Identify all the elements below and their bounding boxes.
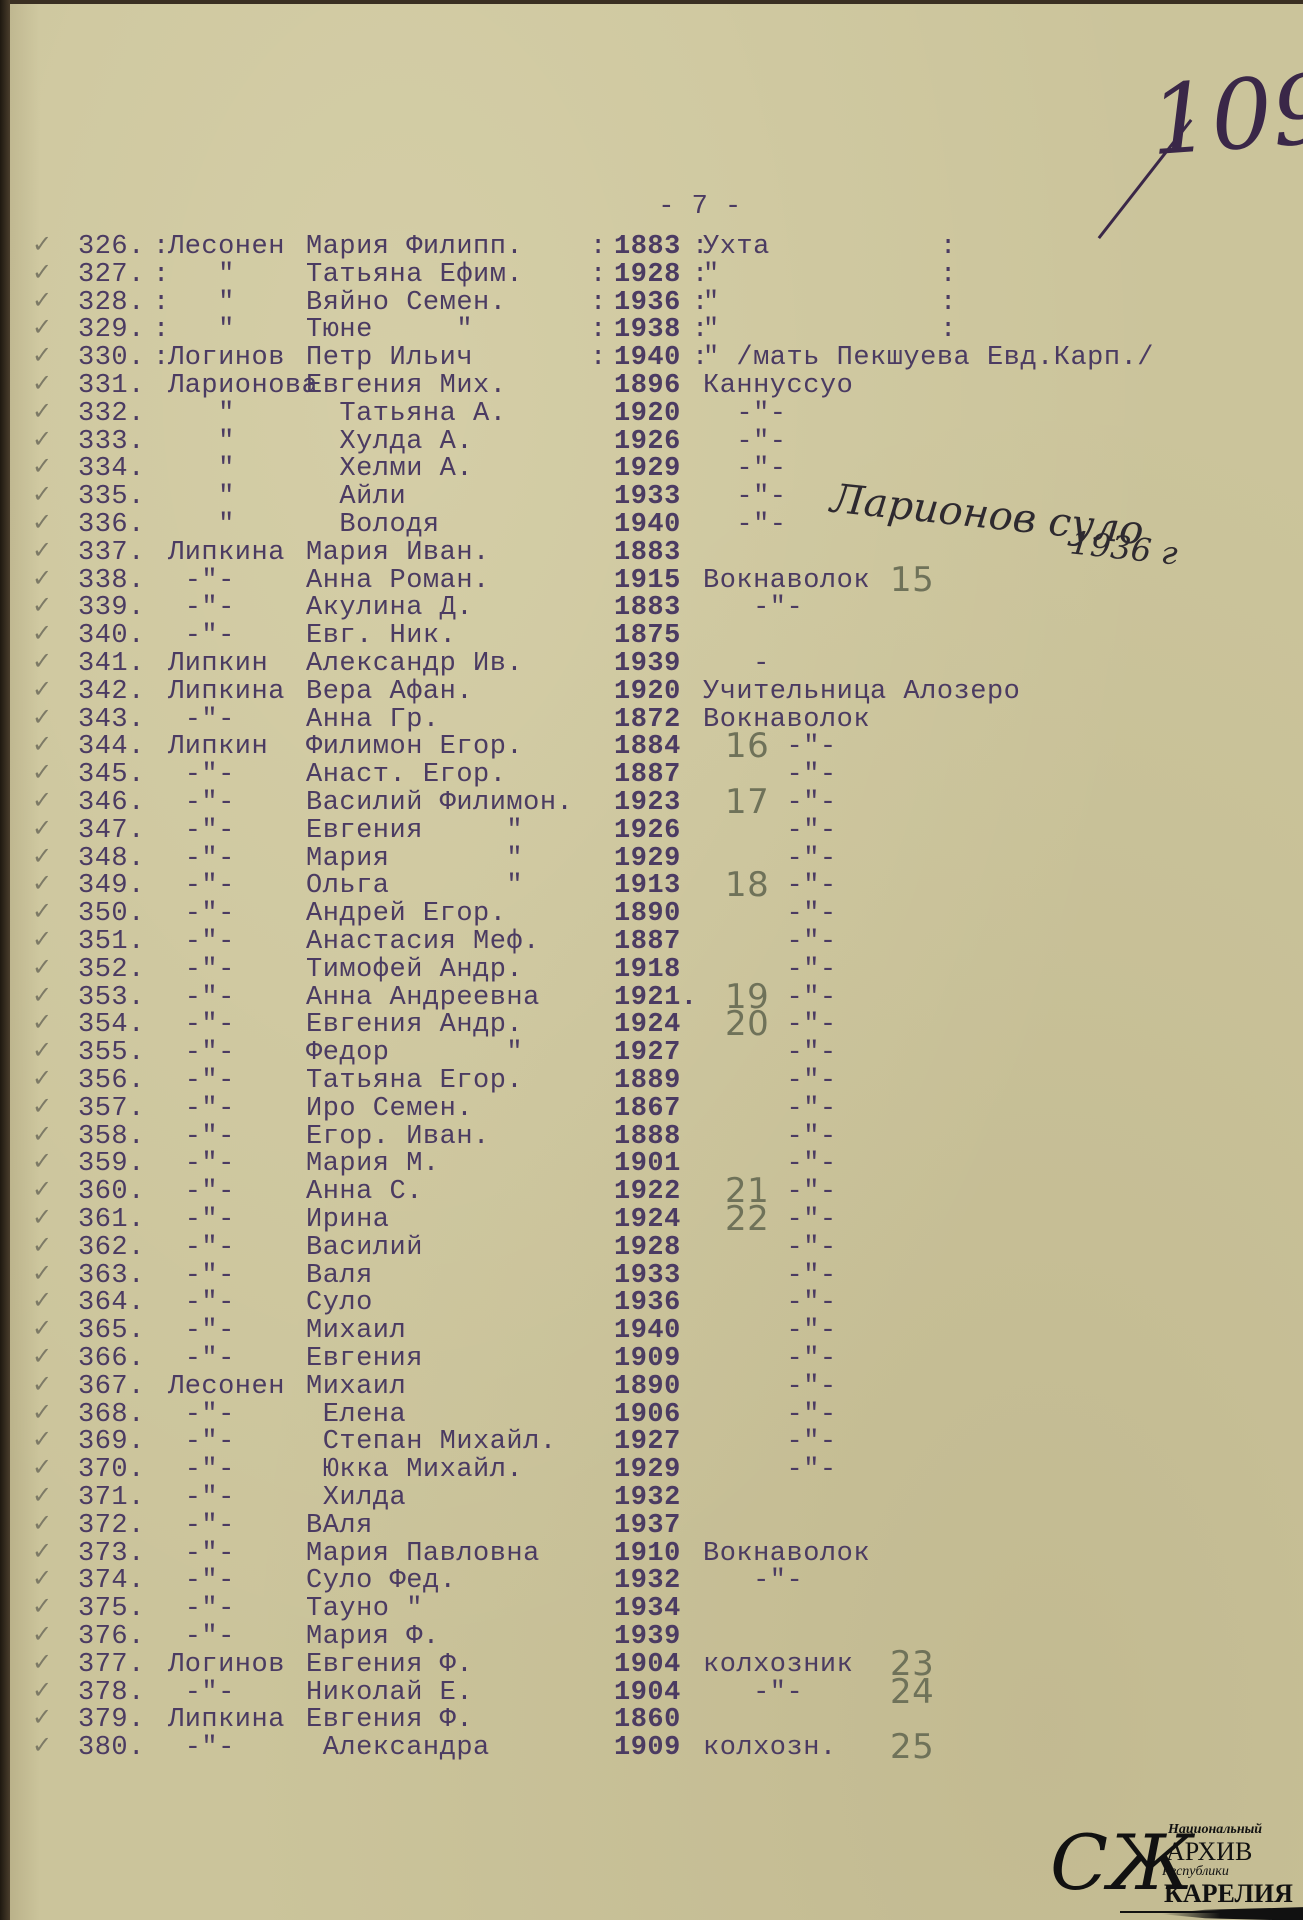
- checkmark-icon: ✓: [32, 1453, 53, 1481]
- place-or-occupation: -"-: [703, 1678, 803, 1708]
- checkmark-icon: ✓: [32, 1370, 53, 1398]
- place-or-occupation: -"-: [703, 899, 837, 929]
- entry-number: 339.: [78, 593, 145, 623]
- table-row: ✓368. -"- Елена1906 -"-: [10, 1400, 1303, 1428]
- entry-number: 370.: [78, 1455, 145, 1485]
- given-name: Елена: [306, 1400, 406, 1430]
- birth-year: 1940: [614, 510, 681, 540]
- entry-number: 364.: [78, 1288, 145, 1318]
- entry-number: 359.: [78, 1149, 145, 1179]
- given-name: Хелми А.: [306, 454, 473, 484]
- entry-number: 361.: [78, 1205, 145, 1235]
- checkmark-icon: ✓: [32, 230, 53, 258]
- page-binding-edge: [0, 0, 10, 1920]
- place-or-occupation: -"-: [703, 482, 787, 512]
- birth-year: 1887: [614, 927, 681, 957]
- entry-number: 347.: [78, 816, 145, 846]
- place-or-occupation: -"-: [703, 927, 837, 957]
- checkmark-icon: ✓: [32, 647, 53, 675]
- checkmark-icon: ✓: [32, 564, 53, 592]
- table-row: ✓370. -"- Юкка Михайл.1929 -"-: [10, 1455, 1303, 1483]
- given-name: Ольга ": [306, 871, 523, 901]
- checkmark-icon: ✓: [32, 925, 53, 953]
- entry-number: 360.: [78, 1177, 145, 1207]
- birth-year: 1860: [614, 1705, 681, 1735]
- birth-year: 1926: [614, 427, 681, 457]
- place-or-occupation: -"-: [703, 788, 837, 818]
- surname: -"-: [168, 1455, 235, 1485]
- checkmark-icon: ✓: [32, 1342, 53, 1370]
- given-name: Айли: [306, 482, 406, 512]
- surname: -"-: [168, 788, 235, 818]
- table-row: ✓379.ЛипкинаЕвгения Ф.1860: [10, 1705, 1303, 1733]
- column-separator: :: [940, 232, 957, 262]
- given-name: Мария Филипп.: [306, 232, 523, 262]
- checkmark-icon: ✓: [32, 675, 53, 703]
- table-row: ✓342.ЛипкинаВера Афан.1920Учительница Ал…: [10, 677, 1303, 705]
- checkmark-icon: ✓: [32, 1537, 53, 1565]
- surname: -"-: [168, 1233, 235, 1263]
- given-name: Валя: [306, 1261, 373, 1291]
- place-or-occupation: -"-: [703, 1149, 837, 1179]
- place-or-occupation: -"-: [703, 1372, 837, 1402]
- surname: ": [168, 288, 235, 318]
- table-row: ✓341.ЛипкинАлександр Ив.1939 -: [10, 649, 1303, 677]
- given-name: Ирина: [306, 1205, 390, 1235]
- table-row: ✓374. -"-Суло Фед.1932 -"-: [10, 1566, 1303, 1594]
- birth-year: 1929: [614, 1455, 681, 1485]
- birth-year: 1906: [614, 1400, 681, 1430]
- checkmark-icon: ✓: [32, 1314, 53, 1342]
- surname: -"-: [168, 1261, 235, 1291]
- surname: -"-: [168, 899, 235, 929]
- entry-number: 337.: [78, 538, 145, 568]
- surname: -"-: [168, 1316, 235, 1346]
- table-row: ✓326.:ЛесоненМария Филипп.:::1883Ухта: [10, 232, 1303, 260]
- checkmark-icon: ✓: [32, 1398, 53, 1426]
- given-name: Анна Андреевна: [306, 983, 540, 1013]
- birth-year: 1872: [614, 705, 681, 735]
- surname: -"-: [168, 1344, 235, 1374]
- birth-year: 1926: [614, 816, 681, 846]
- entry-number: 345.: [78, 760, 145, 790]
- table-row: ✓335. " Айли1933 -"-: [10, 482, 1303, 510]
- birth-year: 1920: [614, 677, 681, 707]
- given-name: Мария Павловна: [306, 1539, 540, 1569]
- checkmark-icon: ✓: [32, 286, 53, 314]
- birth-year: 1933: [614, 482, 681, 512]
- place-or-occupation: -"-: [703, 454, 787, 484]
- birth-year: 1924: [614, 1205, 681, 1235]
- place-or-occupation: -"-: [703, 1094, 837, 1124]
- entry-number: 354.: [78, 1010, 145, 1040]
- table-row: ✓351. -"-Анастасия Меф.1887 -"-: [10, 927, 1303, 955]
- birth-year: 1867: [614, 1094, 681, 1124]
- table-row: ✓345. -"-Анаст. Егор.1887 -"-: [10, 760, 1303, 788]
- entry-number: 331.: [78, 371, 145, 401]
- given-name: Николай Е.: [306, 1678, 473, 1708]
- place-or-occupation: -"-: [703, 844, 837, 874]
- entry-number: 362.: [78, 1233, 145, 1263]
- birth-year: 1883: [614, 538, 681, 568]
- checkmark-icon: ✓: [32, 1231, 53, 1259]
- checkmark-icon: ✓: [32, 1620, 53, 1648]
- entry-number: 371.: [78, 1483, 145, 1513]
- birth-year: 1904: [614, 1678, 681, 1708]
- given-name: Анна Гр.: [306, 705, 440, 735]
- entry-number: 334.: [78, 454, 145, 484]
- checkmark-icon: ✓: [32, 1259, 53, 1287]
- surname: -"-: [168, 705, 235, 735]
- place-or-occupation: -: [703, 649, 770, 679]
- birth-year: 1932: [614, 1566, 681, 1596]
- table-row: ✓376. -"-Мария Ф.1939: [10, 1622, 1303, 1650]
- surname: -"-: [168, 1288, 235, 1318]
- place-or-occupation: -"-: [703, 510, 787, 540]
- checkmark-icon: ✓: [32, 1425, 53, 1453]
- given-name: Евгения ": [306, 816, 523, 846]
- table-row: ✓372. -"-ВАля1937: [10, 1511, 1303, 1539]
- archival-document-page: - 7 - 109 Ларионов суло 1936 г ✓326.:Лес…: [10, 4, 1303, 1920]
- checkmark-icon: ✓: [32, 1008, 53, 1036]
- given-name: Александр Ив.: [306, 649, 523, 679]
- given-name: Акулина Д.: [306, 593, 473, 623]
- checkmark-icon: ✓: [32, 758, 53, 786]
- surname: -"-: [168, 1010, 235, 1040]
- given-name: Михаил: [306, 1316, 406, 1346]
- table-row: ✓343. -"-Анна Гр.1872Вокнаволок: [10, 705, 1303, 733]
- checkmark-icon: ✓: [32, 341, 53, 369]
- given-name: Татьяна Ефим.: [306, 260, 523, 290]
- table-row: ✓361. -"-Ирина1924 -"-22: [10, 1205, 1303, 1233]
- place-or-occupation: -"-: [703, 1066, 837, 1096]
- birth-year: 1913: [614, 871, 681, 901]
- column-separator: :: [590, 232, 607, 262]
- logo-line-4: КАРЕЛИЯ: [1164, 1881, 1293, 1907]
- entry-number: 333.: [78, 427, 145, 457]
- table-row: ✓378. -"-Николай Е.1904 -"-24: [10, 1678, 1303, 1706]
- given-name: Хулда А.: [306, 427, 473, 457]
- surname: -"-: [168, 871, 235, 901]
- checkmark-icon: ✓: [32, 1120, 53, 1148]
- table-row: ✓340. -"-Евг. Ник.1875: [10, 621, 1303, 649]
- entry-number: 380.: [78, 1733, 145, 1763]
- entry-number: 376.: [78, 1622, 145, 1652]
- checkmark-icon: ✓: [32, 1703, 53, 1731]
- surname: -"-: [168, 566, 235, 596]
- birth-year: 1896: [614, 371, 681, 401]
- table-row: ✓329.: "Тюне ":::1938": [10, 315, 1303, 343]
- birth-year: 1939: [614, 1622, 681, 1652]
- entry-number: 343.: [78, 705, 145, 735]
- table-row: ✓344.ЛипкинФилимон Егор.1884 -"-16: [10, 732, 1303, 760]
- given-name: Евгения: [306, 1344, 423, 1374]
- place-or-occupation: Каннуссуо: [703, 371, 853, 401]
- checkmark-icon: ✓: [32, 1564, 53, 1592]
- entry-number: 344.: [78, 732, 145, 762]
- table-row: ✓336. " Володя1940 -"-: [10, 510, 1303, 538]
- given-name: Мария ": [306, 844, 523, 874]
- given-name: ВАля: [306, 1511, 373, 1541]
- checkmark-icon: ✓: [32, 1286, 53, 1314]
- surname: -"-: [168, 1094, 235, 1124]
- logo-line-2: АРХИВ: [1166, 1839, 1252, 1865]
- table-row: ✓359. -"-Мария М.1901 -"-: [10, 1149, 1303, 1177]
- table-row: ✓330.:ЛогиновПетр Ильич::1940" /мать Пек…: [10, 343, 1303, 371]
- entry-number: 374.: [78, 1566, 145, 1596]
- given-name: Мария Ф.: [306, 1622, 440, 1652]
- given-name: Тауно ": [306, 1594, 423, 1624]
- entry-number: 340.: [78, 621, 145, 651]
- surname: -"-: [168, 844, 235, 874]
- surname: Липкина: [168, 538, 285, 568]
- table-row: ✓338. -"-Анна Роман.1915Вокнаволок15: [10, 566, 1303, 594]
- entry-number: 375.: [78, 1594, 145, 1624]
- entry-number: 330.: [78, 343, 145, 373]
- table-row: ✓357. -"-Иро Семен.1867 -"-: [10, 1094, 1303, 1122]
- surname: ": [168, 510, 235, 540]
- table-row: ✓327.: "Татьяна Ефим.:::1928": [10, 260, 1303, 288]
- entry-number: 366.: [78, 1344, 145, 1374]
- birth-year: 1929: [614, 844, 681, 874]
- table-row: ✓366. -"-Евгения1909 -"-: [10, 1344, 1303, 1372]
- given-name: Михаил: [306, 1372, 406, 1402]
- place-or-occupation: -"-: [703, 732, 837, 762]
- quill-feather-icon: [1160, 1907, 1303, 1920]
- birth-year: 1921.: [614, 983, 698, 1013]
- surname: -"-: [168, 760, 235, 790]
- given-name: Василий: [306, 1233, 423, 1263]
- place-or-occupation: Вокнаволок: [703, 1539, 870, 1569]
- given-name: Тимофей Андр.: [306, 955, 523, 985]
- birth-year: 1928: [614, 260, 681, 290]
- surname: -"-: [168, 1733, 235, 1763]
- entry-number: 358.: [78, 1122, 145, 1152]
- place-or-occupation: -"-: [703, 1205, 837, 1235]
- given-name: Володя: [306, 510, 440, 540]
- birth-year: 1938: [614, 315, 681, 345]
- checkmark-icon: ✓: [32, 1509, 53, 1537]
- surname: -"-: [168, 927, 235, 957]
- birth-year: 1875: [614, 621, 681, 651]
- checkmark-icon: ✓: [32, 1203, 53, 1231]
- given-name: Юкка Михайл.: [306, 1455, 523, 1485]
- table-row: ✓346. -"-Василий Филимон.1923 -"-17: [10, 788, 1303, 816]
- given-name: Анна Роман.: [306, 566, 490, 596]
- given-name: Мария М.: [306, 1149, 440, 1179]
- given-name: Тюне ": [306, 315, 473, 345]
- given-name: Василий Филимон.: [306, 788, 573, 818]
- birth-year: 1933: [614, 1261, 681, 1291]
- page-number: - 7 -: [650, 192, 750, 222]
- table-row: ✓348. -"-Мария "1929 -"-: [10, 844, 1303, 872]
- checkmark-icon: ✓: [32, 313, 53, 341]
- table-row: ✓356. -"-Татьяна Егор.1889 -"-: [10, 1066, 1303, 1094]
- surname: Липкин: [168, 732, 268, 762]
- place-or-occupation: -"-: [703, 427, 787, 457]
- checkmark-icon: ✓: [32, 1648, 53, 1676]
- folio-slash-mark: [1098, 119, 1193, 239]
- entry-number: 379.: [78, 1705, 145, 1735]
- birth-year: 1940: [614, 1316, 681, 1346]
- surname: Логинов: [168, 1650, 285, 1680]
- entry-number: 346.: [78, 788, 145, 818]
- checkmark-icon: ✓: [32, 814, 53, 842]
- checkmark-icon: ✓: [32, 786, 53, 814]
- table-row: ✓358. -"-Егор. Иван.1888 -"-: [10, 1122, 1303, 1150]
- birth-year: 1901: [614, 1149, 681, 1179]
- place-or-occupation: -"-: [703, 983, 837, 1013]
- birth-year: 1887: [614, 760, 681, 790]
- place-or-occupation: -"-: [703, 399, 787, 429]
- checkmark-icon: ✓: [32, 1064, 53, 1092]
- checkmark-icon: ✓: [32, 480, 53, 508]
- surname: -"-: [168, 1566, 235, 1596]
- surname: -"-: [168, 1400, 235, 1430]
- pencil-count-mark: 25: [890, 1727, 934, 1767]
- given-name: Иро Семен.: [306, 1094, 473, 1124]
- surname: Логинов: [168, 343, 285, 373]
- column-separator: :: [590, 288, 607, 318]
- given-name: Анаст. Егор.: [306, 760, 506, 790]
- entry-number: 378.: [78, 1678, 145, 1708]
- given-name: Евгения Мих.: [306, 371, 506, 401]
- checkmark-icon: ✓: [32, 1175, 53, 1203]
- birth-year: 1904: [614, 1650, 681, 1680]
- table-row: ✓353. -"-Анна Андреевна1921. -"-19: [10, 983, 1303, 1011]
- given-name: Татьяна А.: [306, 399, 506, 429]
- given-name: Хилда: [306, 1483, 406, 1513]
- table-row: ✓349. -"-Ольга "1913 -"-18: [10, 871, 1303, 899]
- birth-year: 1940: [614, 343, 681, 373]
- birth-year: 1909: [614, 1344, 681, 1374]
- given-name: Евгения Ф.: [306, 1650, 473, 1680]
- given-name: Евгения Андр.: [306, 1010, 523, 1040]
- entry-number: 342.: [78, 677, 145, 707]
- given-name: Андрей Егор.: [306, 899, 506, 929]
- entry-number: 367.: [78, 1372, 145, 1402]
- entry-number: 332.: [78, 399, 145, 429]
- entry-number: 341.: [78, 649, 145, 679]
- surname: ": [168, 399, 235, 429]
- checkmark-icon: ✓: [32, 1481, 53, 1509]
- given-name: Суло: [306, 1288, 373, 1318]
- table-row: ✓354. -"-Евгения Андр.1924 -"-20: [10, 1010, 1303, 1038]
- entry-number: 369.: [78, 1427, 145, 1457]
- surname: -"-: [168, 1066, 235, 1096]
- place-or-occupation: -"-: [703, 1177, 837, 1207]
- table-row: ✓371. -"- Хилда1932: [10, 1483, 1303, 1511]
- entry-number: 357.: [78, 1094, 145, 1124]
- column-separator: :: [940, 315, 957, 345]
- checkmark-icon: ✓: [32, 953, 53, 981]
- birth-year: 1890: [614, 1372, 681, 1402]
- checkmark-icon: ✓: [32, 1676, 53, 1704]
- checkmark-icon: ✓: [32, 619, 53, 647]
- place-or-occupation: -"-: [703, 1233, 837, 1263]
- entry-number: 328.: [78, 288, 145, 318]
- place-or-occupation: Вокнаволок: [703, 566, 870, 596]
- given-name: Суло Фед.: [306, 1566, 456, 1596]
- place-or-occupation: -"-: [703, 1427, 837, 1457]
- surname: ": [168, 427, 235, 457]
- column-separator: :: [940, 260, 957, 290]
- surname: -"-: [168, 1539, 235, 1569]
- place-or-occupation: -"-: [703, 1122, 837, 1152]
- birth-year: 1936: [614, 1288, 681, 1318]
- place-or-occupation: -"-: [703, 593, 803, 623]
- checkmark-icon: ✓: [32, 591, 53, 619]
- table-row: ✓380. -"- Александра1909колхозн.25: [10, 1733, 1303, 1761]
- table-row: ✓362. -"-Василий1928 -"-: [10, 1233, 1303, 1261]
- entry-number: 373.: [78, 1539, 145, 1569]
- place-or-occupation: Ухта: [703, 232, 770, 262]
- checkmark-icon: ✓: [32, 508, 53, 536]
- birth-year: 1884: [614, 732, 681, 762]
- logo-line-1: Национальный: [1168, 1823, 1262, 1837]
- surname: -"-: [168, 621, 235, 651]
- surname: ": [168, 454, 235, 484]
- place-or-occupation: -"-: [703, 1288, 837, 1318]
- entry-number: 348.: [78, 844, 145, 874]
- checkmark-icon: ✓: [32, 897, 53, 925]
- table-row: ✓333. " Хулда А.1926 -"-: [10, 427, 1303, 455]
- surname: -"-: [168, 1594, 235, 1624]
- table-row: ✓369. -"- Степан Михайл.1927 -"-: [10, 1427, 1303, 1455]
- birth-year: 1883: [614, 593, 681, 623]
- place-or-occupation: -"-: [703, 1455, 837, 1485]
- surname: -"-: [168, 1678, 235, 1708]
- table-row: ✓350. -"-Андрей Егор.1890 -"-: [10, 899, 1303, 927]
- entry-number: 335.: [78, 482, 145, 512]
- surname: Липкина: [168, 1705, 285, 1735]
- table-row: ✓363. -"-Валя1933 -"-: [10, 1261, 1303, 1289]
- surname: -"-: [168, 1511, 235, 1541]
- table-row: ✓352. -"-Тимофей Андр.1918 -"-: [10, 955, 1303, 983]
- surname: -"-: [168, 1483, 235, 1513]
- place-or-occupation: " /мать Пекшуева Евд.Карп./: [703, 343, 1154, 373]
- checkmark-icon: ✓: [32, 842, 53, 870]
- birth-year: 1932: [614, 1483, 681, 1513]
- entry-number: 352.: [78, 955, 145, 985]
- entry-number: 372.: [78, 1511, 145, 1541]
- surname: -"-: [168, 1622, 235, 1652]
- place-or-occupation: ": [703, 288, 720, 318]
- entry-number: 351.: [78, 927, 145, 957]
- table-row: ✓367.ЛесоненМихаил1890 -"-: [10, 1372, 1303, 1400]
- place-or-occupation: Учительница Алозеро: [703, 677, 1020, 707]
- place-or-occupation: -"-: [703, 871, 837, 901]
- table-row: ✓332. " Татьяна А.1920 -"-: [10, 399, 1303, 427]
- entry-number: 363.: [78, 1261, 145, 1291]
- place-or-occupation: колхозник: [703, 1650, 853, 1680]
- place-or-occupation: -"-: [703, 955, 837, 985]
- surname: ": [168, 315, 235, 345]
- birth-year: 1924: [614, 1010, 681, 1040]
- place-or-occupation: -"-: [703, 760, 837, 790]
- logo-line-3: Республики: [1162, 1865, 1229, 1879]
- column-separator: :: [590, 260, 607, 290]
- surname: Ларионова: [168, 371, 318, 401]
- surname: -"-: [168, 1177, 235, 1207]
- birth-year: 1910: [614, 1539, 681, 1569]
- entry-number: 356.: [78, 1066, 145, 1096]
- surname: -"-: [168, 593, 235, 623]
- checkmark-icon: ✓: [32, 452, 53, 480]
- entry-number: 353.: [78, 983, 145, 1013]
- place-or-occupation: -"-: [703, 1566, 803, 1596]
- birth-year: 1934: [614, 1594, 681, 1624]
